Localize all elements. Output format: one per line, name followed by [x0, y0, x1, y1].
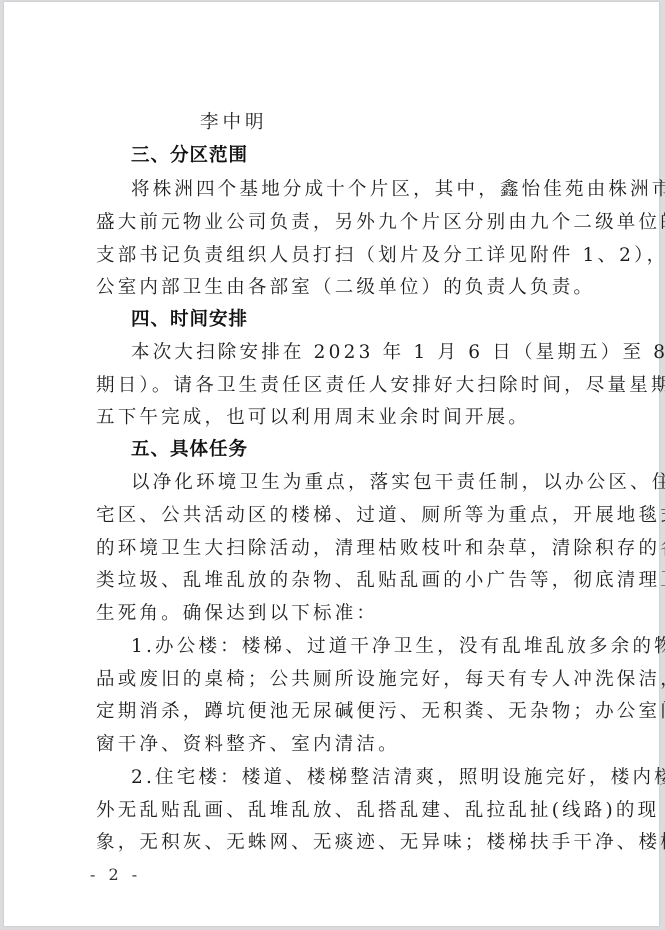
text-line: 期日）。请各卫生责任区责任人安排好大扫除时间，尽量星期 — [96, 374, 665, 398]
section-heading: 五、具体任务 — [131, 438, 248, 462]
text-line: 2.住宅楼：楼道、楼梯整洁清爽，照明设施完好，楼内楼 — [131, 766, 665, 790]
text-line: 以净化环境卫生为重点，落实包干责任制，以办公区、住 — [131, 471, 665, 495]
section-heading: 三、分区范围 — [131, 144, 248, 168]
text-line: 外无乱贴乱画、乱堆乱放、乱搭乱建、乱拉乱扯(线路)的现 — [96, 799, 659, 823]
text-line: 1.办公楼：楼梯、过道干净卫生，没有乱堆乱放多余的物 — [131, 635, 665, 659]
page-number: - 2 - — [90, 865, 141, 884]
text-line: 本次大扫除安排在 2023 年 1 月 6 日（星期五）至 8 日（星 — [131, 341, 665, 365]
text-line: 公室内部卫生由各部室（二级单位）的负责人负责。 — [96, 276, 595, 300]
text-line: 李中明 — [200, 111, 268, 135]
text-line: 生死角。确保达到以下标准： — [96, 602, 378, 626]
text-line: 盛大前元物业公司负责，另外九个片区分别由九个二级单位的 — [96, 211, 665, 235]
text-line: 品或废旧的桌椅；公共厕所设施完好，每天有专人冲洗保洁， — [96, 668, 665, 692]
section-heading: 四、时间安排 — [131, 308, 248, 332]
text-line: 窗干净、资料整齐、室内清洁。 — [96, 733, 400, 757]
text-line: 将株洲四个基地分成十个片区，其中，鑫怡佳苑由株洲市 — [131, 178, 665, 202]
text-line: 的环境卫生大扫除活动，清理枯败枝叶和杂草，清除积存的各 — [96, 537, 665, 561]
document-page: 李中明三、分区范围将株洲四个基地分成十个片区，其中，鑫怡佳苑由株洲市盛大前元物业… — [4, 2, 659, 926]
text-line: 象，无积灰、无蛛网、无痰迹、无异味；楼梯扶手干净、楼梯 — [96, 831, 665, 855]
text-line: 类垃圾、乱堆乱放的杂物、乱贴乱画的小广告等，彻底清理卫 — [96, 569, 665, 593]
text-line: 定期消杀，蹲坑便池无尿碱便污、无积粪、无杂物；办公室门 — [96, 700, 665, 724]
text-line: 支部书记负责组织人员打扫（划片及分工详见附件 1、2），办 — [96, 244, 665, 268]
text-line: 五下午完成，也可以利用周末业余时间开展。 — [96, 406, 530, 430]
text-line: 宅区、公共活动区的楼梯、过道、厕所等为重点，开展地毯式 — [96, 504, 665, 528]
